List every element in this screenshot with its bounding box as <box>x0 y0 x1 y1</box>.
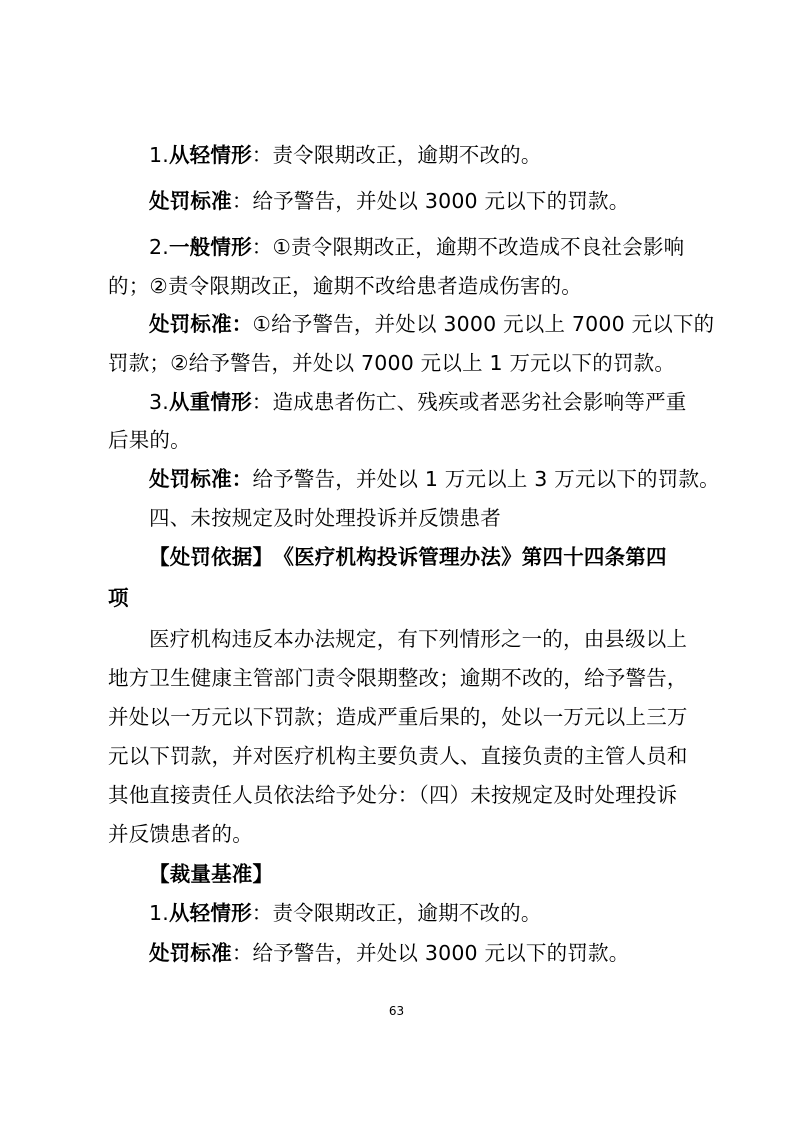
line-text: 后果的。 <box>108 428 191 452</box>
paragraph-line: 2.一般情形：①责令限期改正，逾期不改造成不良社会影响 <box>149 233 684 261</box>
bold-label: 项 <box>108 586 129 610</box>
line-text: 元以下罚款，并对医疗机构主要负责人、直接负责的主管人员和 <box>108 744 688 768</box>
line-text: ：①责令限期改正，逾期不改造成不良社会影响 <box>252 235 685 259</box>
line-text: 医疗机构违反本办法规定，有下列情形之一的，由县级以上 <box>149 627 687 651</box>
line-text: 的；②责令限期改正，逾期不改给患者造成伤害的。 <box>108 274 582 298</box>
paragraph-line: 处罚标准：给予警告，并处以 1 万元以上 3 万元以下的罚款。 <box>149 465 720 493</box>
bold-label: 【裁量基准】 <box>149 862 273 886</box>
paragraph-line: 其他直接责任人员依法给予处分：（四）未按规定及时处理投诉 <box>108 781 677 809</box>
line-text: ：给予警告，并处以 3000 元以下的罚款。 <box>232 189 630 213</box>
line-text: 给予警告，并处以 1 万元以上 3 万元以下的罚款。 <box>253 467 720 491</box>
bold-label: 处罚标准： <box>149 467 253 491</box>
item-number: 1. <box>149 143 169 167</box>
line-text: ：责令限期改正，逾期不改的。 <box>252 143 542 167</box>
bold-label: 处罚标准： <box>149 312 253 336</box>
paragraph-line: 元以下罚款，并对医疗机构主要负责人、直接负责的主管人员和 <box>108 742 688 770</box>
legal-basis-heading: 【处罚依据】 《医疗机构投诉管理办法》第四十四条第四 <box>149 543 667 571</box>
item-number: 3. <box>149 390 169 414</box>
bold-label: 从轻情形 <box>169 143 252 167</box>
paragraph-line: 处罚标准：①给予警告，并处以 3000 元以上 7000 元以下的 <box>149 310 714 338</box>
paragraph-line: 3.从重情形：造成患者伤亡、残疾或者恶劣社会影响等严重 <box>149 388 686 416</box>
line-text: ：造成患者伤亡、残疾或者恶劣社会影响等严重 <box>252 390 687 414</box>
line-text: 并处以一万元以下罚款；造成严重后果的，处以一万元以上三万 <box>108 705 688 729</box>
paragraph-line: 医疗机构违反本办法规定，有下列情形之一的，由县级以上 <box>149 625 687 653</box>
line-text: 地方卫生健康主管部门责令限期整改；逾期不改的，给予警告， <box>108 666 688 690</box>
section-heading: 四、未按规定及时处理投诉并反馈患者 <box>149 504 501 532</box>
line-text: ：责令限期改正，逾期不改的。 <box>252 901 542 925</box>
paragraph-line: 1.从轻情形：责令限期改正，逾期不改的。 <box>149 899 542 927</box>
discretion-heading: 【裁量基准】 <box>149 860 273 888</box>
line-text: 罚款；②给予警告，并处以 7000 元以上 1 万元以下的罚款。 <box>108 351 675 375</box>
bold-label: 一般情形 <box>169 235 252 259</box>
bold-label: 处罚标准 <box>149 941 232 965</box>
paragraph-line: 1.从轻情形：责令限期改正，逾期不改的。 <box>149 141 542 169</box>
line-text: ①给予警告，并处以 3000 元以上 7000 元以下的 <box>253 312 715 336</box>
paragraph-line: 地方卫生健康主管部门责令限期整改；逾期不改的，给予警告， <box>108 664 688 692</box>
bold-label: 【处罚依据】 《医疗机构投诉管理办法》第四十四条第四 <box>149 545 667 569</box>
paragraph-line: 后果的。 <box>108 426 191 454</box>
paragraph-line: 处罚标准：给予警告，并处以 3000 元以下的罚款。 <box>149 187 629 215</box>
paragraph-line: 处罚标准：给予警告，并处以 3000 元以下的罚款。 <box>149 939 629 967</box>
line-text: ：给予警告，并处以 3000 元以下的罚款。 <box>232 941 630 965</box>
line-text: 其他直接责任人员依法给予处分：（四）未按规定及时处理投诉 <box>108 783 677 807</box>
paragraph-line: 罚款；②给予警告，并处以 7000 元以上 1 万元以下的罚款。 <box>108 349 675 377</box>
legal-basis-heading-cont: 项 <box>108 584 129 612</box>
line-text: 并反馈患者的。 <box>108 822 253 846</box>
paragraph-line: 的；②责令限期改正，逾期不改给患者造成伤害的。 <box>108 272 582 300</box>
paragraph-line: 并反馈患者的。 <box>108 820 253 848</box>
item-number: 1. <box>149 901 169 925</box>
page-number: 63 <box>0 1004 793 1018</box>
paragraph-line: 并处以一万元以下罚款；造成严重后果的，处以一万元以上三万 <box>108 703 688 731</box>
line-text: 四、未按规定及时处理投诉并反馈患者 <box>149 506 501 530</box>
bold-label: 从重情形 <box>169 390 252 414</box>
item-number: 2. <box>149 235 169 259</box>
bold-label: 处罚标准 <box>149 189 232 213</box>
bold-label: 从轻情形 <box>169 901 252 925</box>
